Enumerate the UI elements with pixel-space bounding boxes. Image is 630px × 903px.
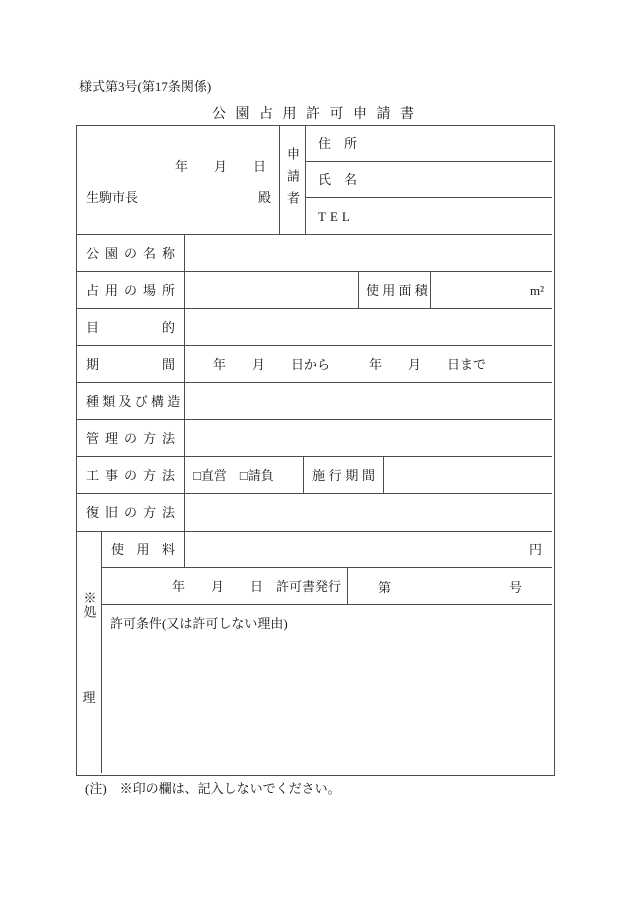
period-label: 期 間 [77, 346, 185, 383]
permit-number-cell: 第 号 [348, 568, 552, 605]
period-input-cell[interactable]: 年 月 日から 年 月 日まで [185, 346, 552, 383]
applicant-label: 申請者 [283, 147, 302, 213]
occupancy-place-input-cell[interactable] [185, 272, 359, 309]
construction-period-input-cell[interactable] [384, 457, 552, 494]
work-method-checkboxes[interactable]: □直営 □請負 [185, 457, 304, 494]
application-date-line: 年 月 日 [175, 156, 266, 175]
addressee-name: 生駒市長 [86, 187, 138, 206]
processing-side-column: ※処 理 [77, 532, 102, 773]
use-area-label: 使 用 面 積 [359, 272, 431, 309]
applicant-label-cell: 申請者 [280, 126, 306, 235]
permit-number-suffix: 号 [509, 577, 522, 596]
form-number: 様式第3号(第17条関係) [79, 76, 211, 95]
construction-period-label: 施 行 期 間 [304, 457, 384, 494]
processing-side-label-top: ※処 [80, 591, 99, 619]
purpose-label: 目 的 [77, 309, 185, 346]
type-structure-input-cell[interactable] [185, 383, 552, 420]
permit-issue-date-cell: 年 月 日 許可書発行 [102, 568, 348, 605]
footnote: (注) ※印の欄は、記入しないでください。 [85, 778, 341, 797]
name-label-cell: 氏 名 [306, 162, 552, 198]
permit-number-prefix: 第 [378, 577, 391, 596]
park-name-input-cell[interactable] [185, 235, 552, 272]
address-label-cell: 住 所 [306, 126, 552, 162]
processing-side-label-bottom: 理 [82, 687, 95, 706]
type-structure-label: 種 類 及 び 構 造 [77, 383, 185, 420]
work-method-label: 工 事 の 方 法 [77, 457, 185, 494]
tel-label-cell: TEL [306, 198, 552, 235]
fee-label: 使 用 料 [102, 532, 185, 568]
park-name-label: 公 園 の 名 称 [77, 235, 185, 272]
use-area-input-cell[interactable]: m² [431, 272, 552, 309]
permit-conditions-cell: 許可条件(又は許可しない理由) [102, 605, 552, 773]
page-title: 公 園 占 用 許 可 申 請 書 [76, 103, 553, 123]
restoration-input-cell[interactable] [185, 494, 552, 532]
management-label: 管 理 の 方 法 [77, 420, 185, 457]
addressee-cell: 年 月 日 生駒市長 殿 [77, 126, 280, 235]
honorific: 殿 [258, 187, 271, 206]
occupancy-place-label: 占 用 の 場 所 [77, 272, 185, 309]
fee-input-cell: 円 [185, 532, 552, 568]
application-form-table: 年 月 日 生駒市長 殿 申請者 住 所 氏 名 TEL 公 園 の 名 称 占… [76, 125, 555, 776]
document-page: 様式第3号(第17条関係) 公 園 占 用 許 可 申 請 書 年 月 日 生駒… [0, 0, 630, 903]
purpose-input-cell[interactable] [185, 309, 552, 346]
management-input-cell[interactable] [185, 420, 552, 457]
restoration-label: 復 旧 の 方 法 [77, 494, 185, 532]
addressee-line: 生駒市長 殿 [86, 187, 271, 206]
